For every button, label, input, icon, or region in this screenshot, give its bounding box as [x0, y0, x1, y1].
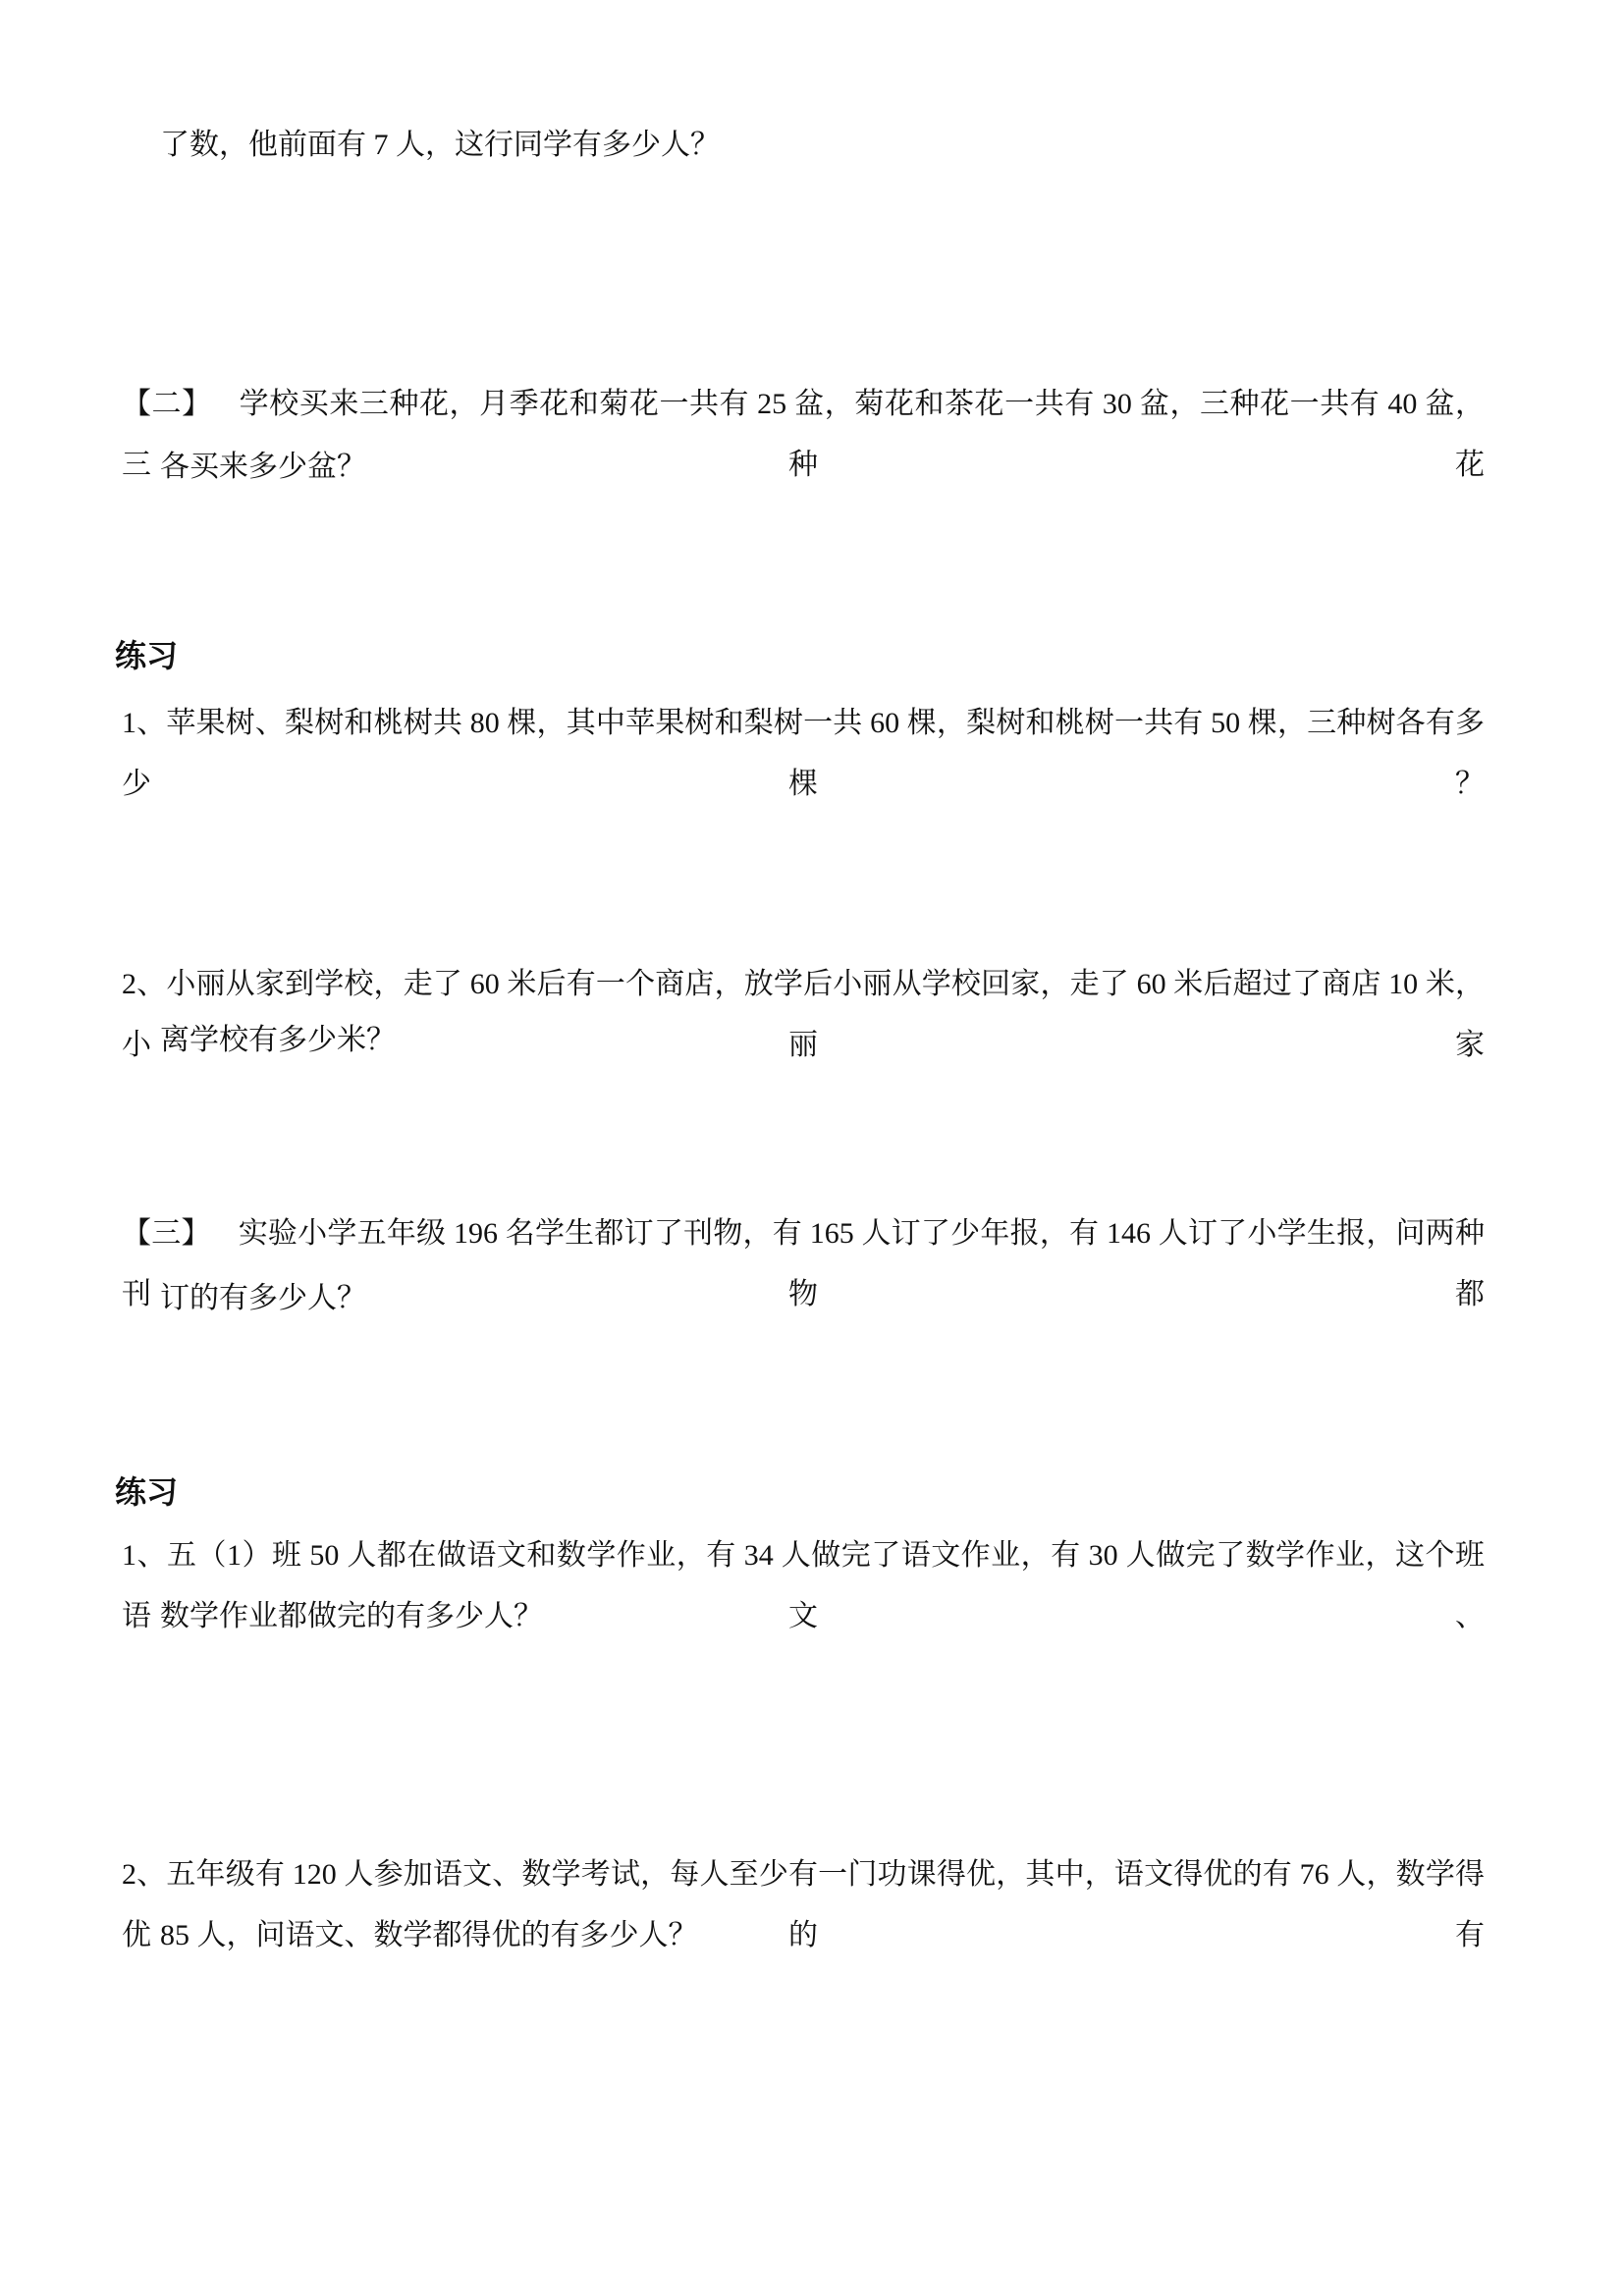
problem-three-label: 【三】 [122, 1217, 211, 1250]
problem-two-line-2: 各买来多少盆？ [160, 437, 366, 498]
problem-two-label: 【二】 [122, 388, 212, 420]
practice2-item2-line-2: 85 人，问语文、数学都得优的有多少人？ [160, 1905, 698, 1966]
continuation-paragraph-line: 了数，他前面有 7 人，这行同学有多少人？ [160, 115, 720, 176]
worksheet-page: 了数，他前面有 7 人，这行同学有多少人？ 【二】学校买来三种花，月季花和菊花一… [0, 0, 1624, 2296]
practice1-item1-line-1: 1、苹果树、梨树和桃树共 80 棵，其中苹果树和梨树一共 60 棵，梨树和桃树一… [122, 693, 1485, 815]
problem-three-line-2: 订的有多少人？ [160, 1268, 366, 1329]
practice2-item1-line-2: 数学作业都做完的有多少人？ [160, 1586, 543, 1647]
practice-heading-2: 练习 [115, 1472, 178, 1512]
practice1-item2-line-2: 离学校有多少米？ [160, 1010, 396, 1071]
practice-heading-1: 练习 [115, 636, 178, 675]
